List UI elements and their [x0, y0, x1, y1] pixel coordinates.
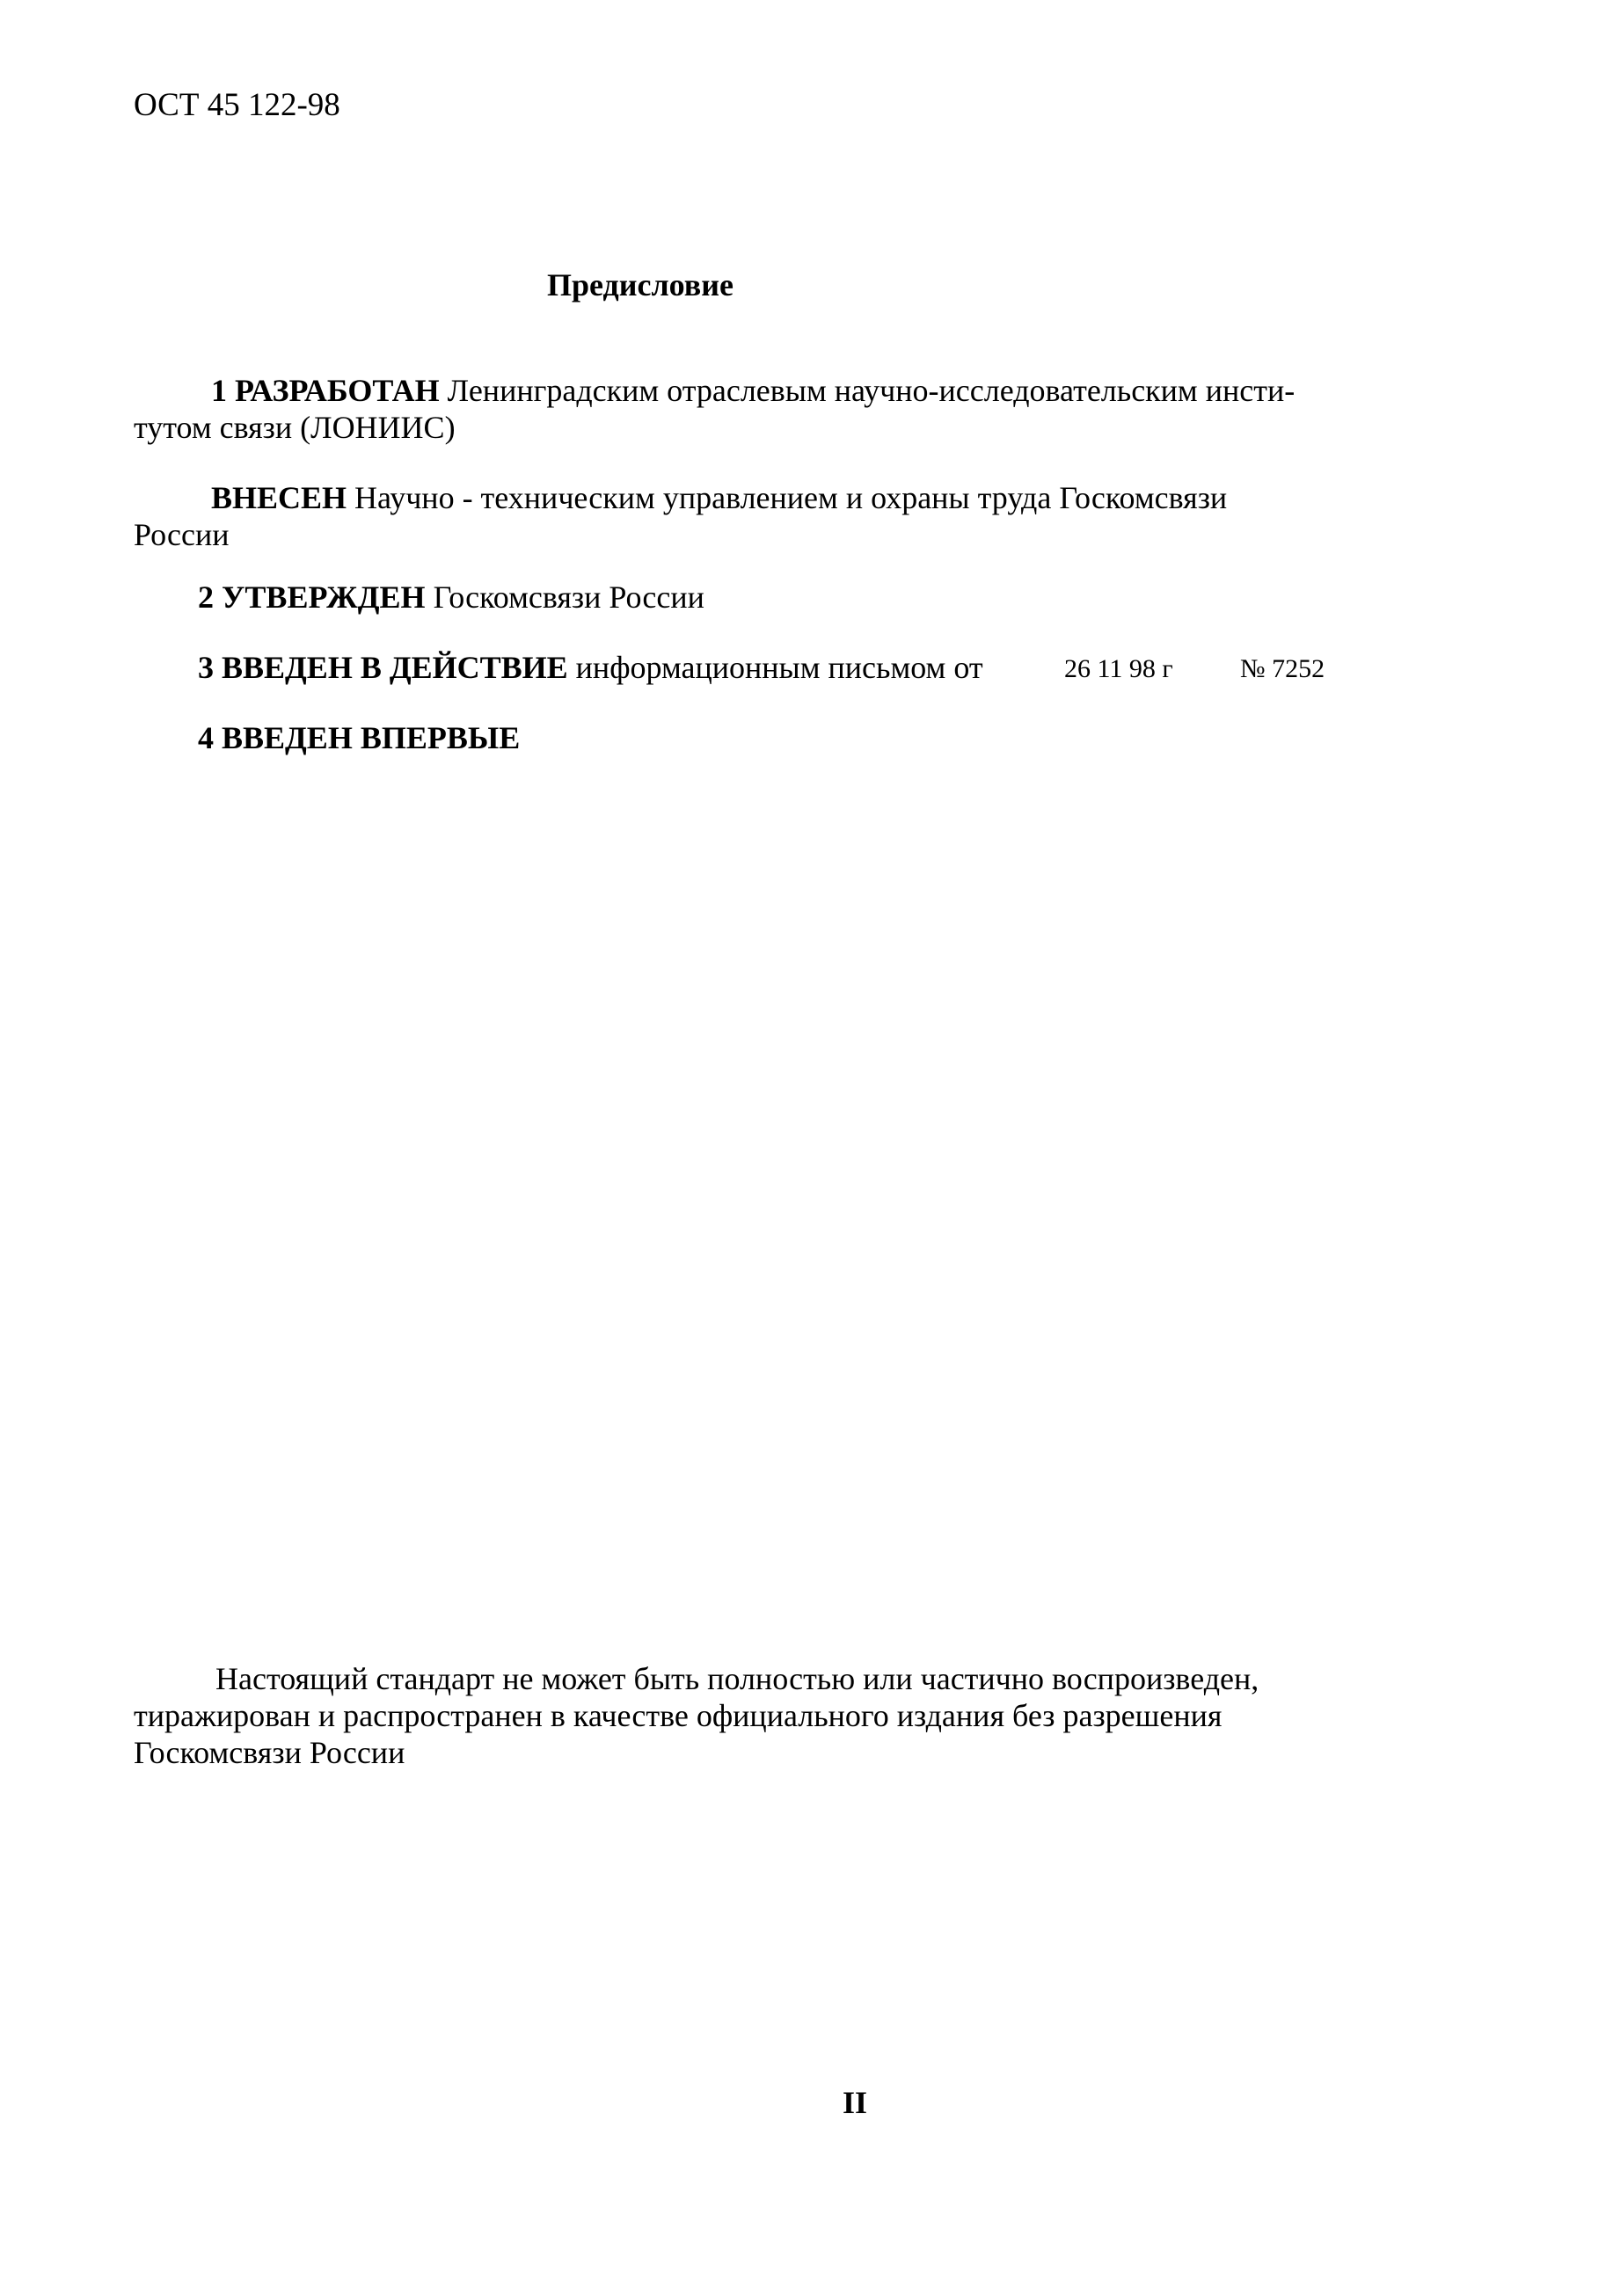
item-enacted-number: № 7252 [1240, 651, 1325, 688]
item-enacted-text: информационным письмом от [576, 650, 983, 685]
notice-line2: тиражирован и распространен в качестве о… [134, 1697, 1222, 1734]
item-approved-text: Госкомсвязи России [434, 579, 704, 615]
notice-line1: Настоящий стандарт не может быть полност… [215, 1660, 1259, 1697]
item-enacted-label: 3 ВВЕДЕН В ДЕЙСТВИЕ [198, 650, 568, 685]
notice-line3: Госкомсвязи России [134, 1734, 405, 1771]
item-submitted-line2: России [134, 516, 230, 553]
item-first-introduced: 4 ВВЕДЕН ВПЕРВЫЕ [198, 719, 520, 756]
item-submitted-text: Научно - техническим управлением и охран… [354, 480, 1227, 515]
item-enacted-date: 26 11 98 г [1064, 651, 1173, 688]
item-enacted: 3 ВВЕДЕН В ДЕЙСТВИЕ информационным письм… [198, 649, 1517, 686]
item-submitted-line1: ВНЕСЕН Научно - техническим управлением … [211, 479, 1227, 516]
document-code: ОСТ 45 122-98 [134, 86, 340, 124]
item-approved-label: 2 УТВЕРЖДЕН [198, 579, 426, 615]
item-approved: 2 УТВЕРЖДЕН Госкомсвязи России [198, 579, 704, 616]
page-title: Предисловие [547, 266, 734, 303]
item-submitted-label: ВНЕСЕН [211, 480, 347, 515]
item-developed-line2: тутом связи (ЛОНИИС) [134, 409, 456, 446]
item-developed-label: 1 РАЗРАБОТАН [211, 373, 440, 408]
page-number: II [843, 2084, 867, 2121]
item-developed-text: Ленинградским отраслевым научно-исследов… [448, 373, 1296, 408]
item-developed-line1: 1 РАЗРАБОТАН Ленинградским отраслевым на… [211, 372, 1295, 409]
